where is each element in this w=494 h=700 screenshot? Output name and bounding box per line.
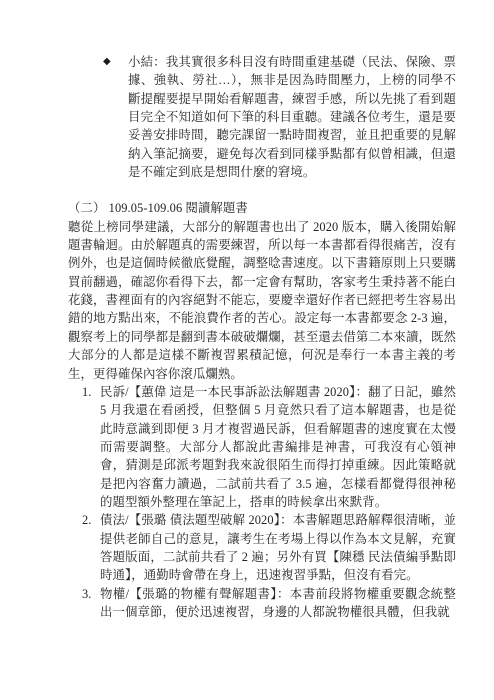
book-item-text: 民訴/【蕙偉 這是一本民事訴訟法解題書 2020】：翻了日記，雖然 5 月我還在… (100, 383, 456, 511)
book-item-text: 債法/【張璐 債法題型破解 2020】：本書解題思路解釋很清晰，並提供老師自己的… (100, 511, 456, 584)
section-heading: （二） 109.05-109.06 閱讀解題書 (68, 199, 456, 217)
book-list-item: 2. 債法/【張璐 債法題型破解 2020】：本書解題思路解釋很清晰，並提供老師… (68, 511, 456, 584)
document-page: ◆ 小結：我其實很多科目沒有時間重建基礎（民法、保險、票據、強執、勞社…），無非… (0, 0, 494, 700)
book-list-item: 3. 物權/【張璐的物權有聲解題書】：本書前段將物權重要觀念統整出一個章節，便於… (68, 585, 456, 622)
diamond-bullet-icon: ◆ (103, 53, 128, 181)
summary-bullet-text: 小結：我其實很多科目沒有時間重建基礎（民法、保險、票據、強執、勞社…），無非是因… (128, 53, 456, 181)
book-list-item: 1. 民訴/【蕙偉 這是一本民事訴訟法解題書 2020】：翻了日記，雖然 5 月… (68, 383, 456, 511)
list-number: 1. (82, 383, 100, 511)
list-number: 3. (82, 585, 100, 622)
book-item-text: 物權/【張璐的物權有聲解題書】：本書前段將物權重要觀念統整出一個章節，便於迅速複… (100, 585, 456, 622)
list-number: 2. (82, 511, 100, 584)
section-intro-paragraph: 聽從上榜同學建議，大部分的解題書也出了 2020 版本，購入後開始解題書輪迴。由… (68, 218, 456, 383)
summary-bullet-item: ◆ 小結：我其實很多科目沒有時間重建基礎（民法、保險、票據、強執、勞社…），無非… (103, 53, 456, 181)
page-content: ◆ 小結：我其實很多科目沒有時間重建基礎（民法、保險、票據、強執、勞社…），無非… (68, 53, 456, 621)
